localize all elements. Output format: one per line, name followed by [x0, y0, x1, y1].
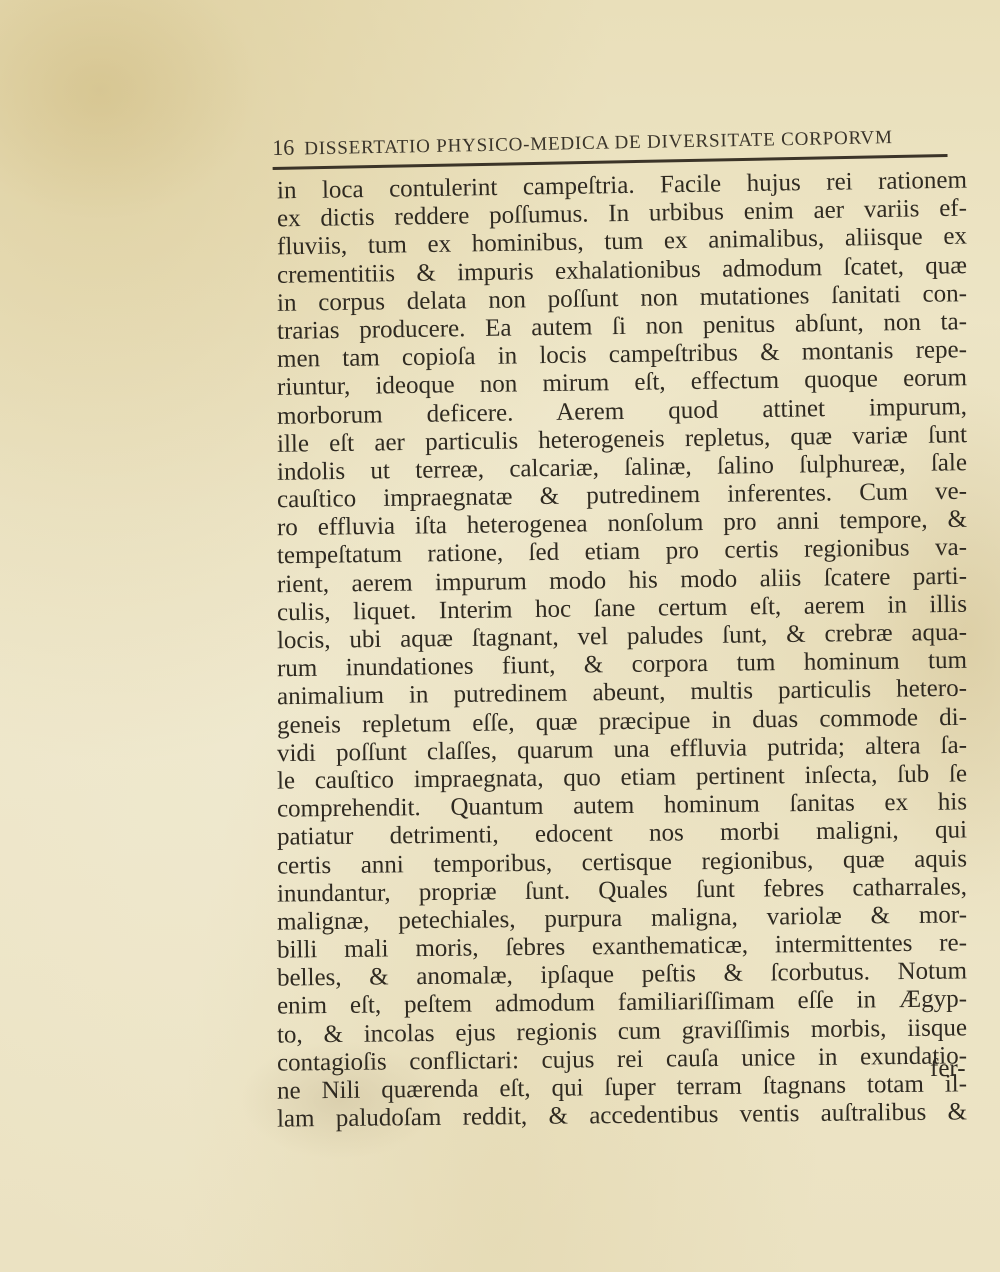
running-header: 16 DISSERTATIO PHYSICO-MEDICA DE DIVERSI…	[272, 122, 953, 170]
catchword: fer-	[930, 1055, 966, 1083]
paper-stain	[0, 0, 260, 220]
running-title: DISSERTATIO PHYSICO-MEDICA DE DIVERSITAT…	[304, 127, 893, 160]
text-line: lam paludoſam reddit, & accedentibus ven…	[277, 1099, 967, 1134]
scanned-page: 16 DISSERTATIO PHYSICO-MEDICA DE DIVERSI…	[0, 0, 1000, 1272]
body-text: in loca contulerint campeſtria. Facile h…	[277, 172, 967, 1130]
page-number: 16	[272, 135, 294, 161]
